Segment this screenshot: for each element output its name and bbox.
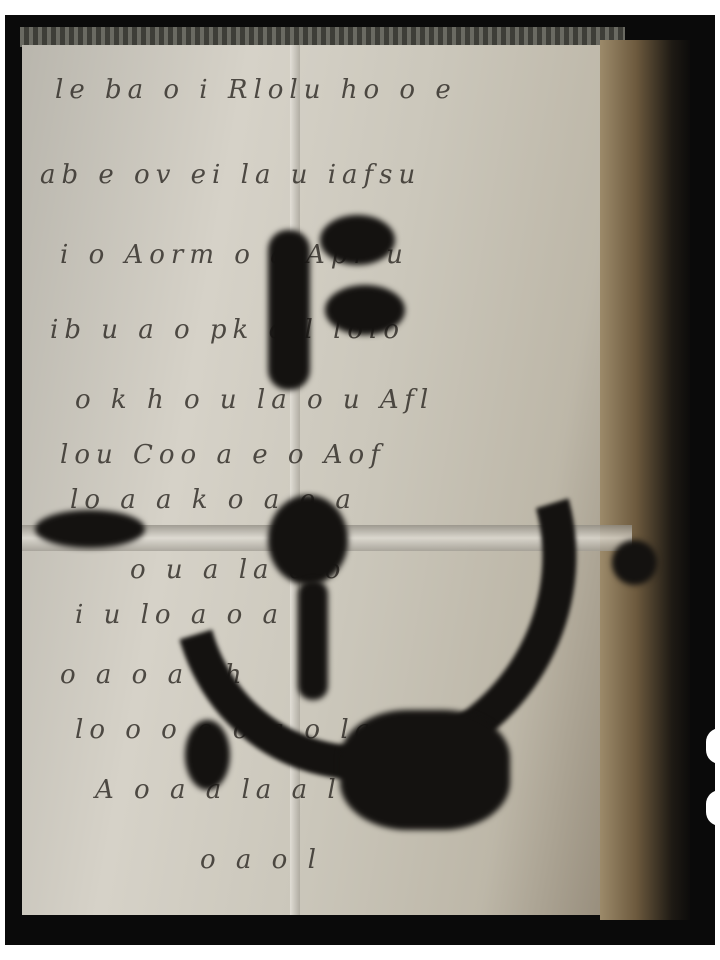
script-line: o a o l (200, 845, 322, 875)
script-line: ab e ov ei la u iafsu (40, 160, 421, 190)
right-fold-blot (612, 540, 657, 585)
frame-notch (706, 728, 720, 764)
ink-symbol-stem-bottom (298, 580, 328, 700)
ink-symbol-upper-blot (320, 215, 395, 265)
film-perforation-strip (20, 27, 625, 47)
ink-symbol-center-knot (268, 495, 348, 585)
burnt-paper-edge (600, 40, 690, 920)
ink-symbol-stem-top (268, 230, 310, 390)
ink-symbol-middle-blot (325, 285, 405, 335)
left-fold-blot (35, 510, 145, 548)
ink-symbol-tail (340, 710, 510, 830)
frame-notch (706, 790, 720, 826)
small-blot (185, 720, 230, 790)
script-line: le ba o i Rlolu ho o e (55, 75, 457, 105)
